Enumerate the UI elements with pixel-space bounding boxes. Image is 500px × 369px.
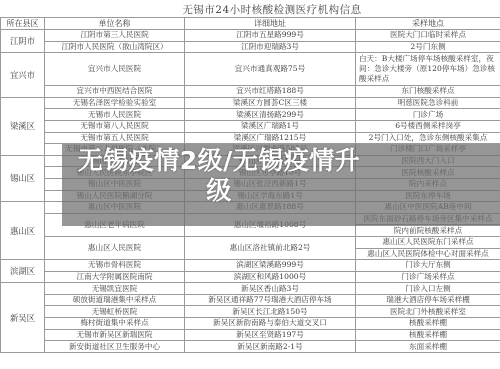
sampling-site: 医院大门口临时采样点 — [356, 30, 500, 42]
unit-address: 新吴区通祥路77号瑞港大酒店停车场 — [185, 294, 356, 306]
district-cell: 梁溪区 — [1, 97, 45, 155]
sampling-site: 院内前院核酸采样点 — [356, 225, 500, 237]
headline-overlay-text: 无锡疫情2级/无锡疫情升级 — [74, 146, 364, 206]
unit-address: 新吴区香山路3号 — [185, 283, 356, 295]
unit-name: 无锡市新吴区新瑞医院 — [45, 329, 185, 341]
header-site: 采样地点 — [356, 18, 500, 30]
sampling-site: 6号楼西侧采样岗亭 — [356, 120, 500, 132]
unit-name: 新安街道社区卫生服务中心 — [45, 341, 185, 353]
table-title: 无锡市24小时核酸检测医疗机构信息 — [44, 3, 500, 17]
unit-address: 新吴区长江北路150号 — [185, 306, 356, 318]
sampling-site: 白天：B大楼广场停车场核酸采样室，夜间：急诊大楼旁（原120停车场）急诊核酸采样… — [356, 53, 500, 86]
sampling-site: 核酸采样棚 — [356, 329, 500, 341]
unit-address: 滨湖区和风路1000号 — [185, 271, 356, 283]
table-row: 梁溪区 无锡名泽医学检验实验室 梁溪区方圆荟C区三楼 明慈医院急诊科前 — [1, 97, 500, 109]
unit-address: 滨湖区梁溪路999号 — [185, 260, 356, 272]
sampling-site: 东门核酸采样点 — [356, 86, 500, 98]
unit-name: 梅村街道集中采样点 — [45, 318, 185, 330]
table-row: 硕放街道瑞港集中采样点 新吴区通祥路77号瑞港大酒店停车场 瑞港大酒店停车场采样… — [1, 294, 500, 306]
table-row: 无锡市第五人民医院 梁溪区广瑞路1215号 2号门入口处，急诊东侧核酸采集点 — [1, 132, 500, 144]
sampling-site: 核酸采样棚 — [356, 318, 500, 330]
sampling-site: 门诊广场采样点 — [356, 271, 500, 283]
sampling-site: 瑞港大酒店停车场采样棚 — [356, 294, 500, 306]
district-cell: 滨湖区 — [1, 260, 45, 283]
table-row: 宜兴市中西医结合医院 宜兴市红塔路188号 东门核酸采样点 — [1, 86, 500, 98]
unit-name: 江南大学附属医院南院 — [45, 271, 185, 283]
table-row: 无锡市人民医院 梁溪区清扬路299号 门诊广场 — [1, 109, 500, 121]
unit-address: 宜兴市通真观路75号 — [185, 53, 356, 86]
unit-address: 梁溪区广瑞路1215号 — [185, 132, 356, 144]
unit-name: 无锡虹桥医院 — [45, 306, 185, 318]
unit-name: 无锡凯宜医院 — [45, 283, 185, 295]
unit-name: 无锡市人民医院 — [45, 109, 185, 121]
table-row: 无锡市第八人民医院 梁溪区广瑞路1号 6号楼西侧采样岗亭 — [1, 120, 500, 132]
table-row: 新安街道社区卫生服务中心 新吴区新南路2-1号 东面采样棚 — [1, 341, 500, 353]
district-cell: 新吴区 — [1, 283, 45, 353]
table-row: 滨湖区 无锡市骨科医院 滨湖区梁溪路999号 门诊大厅东侧 — [1, 260, 500, 272]
unit-address: 梁溪区广瑞路1号 — [185, 120, 356, 132]
unit-address: 梁溪区清扬路299号 — [185, 109, 356, 121]
document-page: 无锡市24小时核酸检测医疗机构信息 所在县区 单位名称 详细地址 采样地点 江阴… — [0, 0, 500, 369]
unit-name: 无锡名泽医学检验实验室 — [45, 97, 185, 109]
unit-name: 江阴市第三人民医院 — [45, 30, 185, 42]
district-cell: 锡山区 — [1, 155, 45, 201]
table-row: 无锡市新吴区新瑞医院 新吴区至贤路197号 核酸采样棚 — [1, 329, 500, 341]
sampling-site: 门诊入口左侧 — [356, 283, 500, 295]
unit-address: 江阴市迎瑞路3号 — [185, 41, 356, 53]
unit-name: 无锡市第五人民医院 — [45, 132, 185, 144]
header-name: 单位名称 — [45, 18, 185, 30]
unit-address: 新吴区新韵南路与泰伯大道交叉口 — [185, 318, 356, 330]
unit-address: 新吴区新南路2-1号 — [185, 341, 356, 353]
unit-name: 宜兴市中西医结合医院 — [45, 86, 185, 98]
unit-address: 宜兴市红塔路188号 — [185, 86, 356, 98]
sampling-site: 2号门入口处，急诊东侧核酸采集点 — [356, 132, 500, 144]
unit-address: 江阴市五星路999号 — [185, 30, 356, 42]
unit-name: 无锡市第八人民医院 — [45, 120, 185, 132]
sampling-site: 医院北门外核酸采样室 — [356, 306, 500, 318]
sampling-site: 惠山区人民医院体检中心对面采样点 — [356, 248, 500, 260]
sampling-site: 明慈医院急诊科前 — [356, 97, 500, 109]
sampling-site: 门诊大厅东侧 — [356, 260, 500, 272]
district-cell: 宜兴市 — [1, 53, 45, 98]
unit-name: 惠山区人民医院 — [45, 236, 185, 259]
table-row: 无锡虹桥医院 新吴区长江北路150号 医院北门外核酸采样室 — [1, 306, 500, 318]
unit-name: 硕放街道瑞港集中采样点 — [45, 294, 185, 306]
sampling-site: 东面采样棚 — [356, 341, 500, 353]
table-row: 新吴区 无锡凯宜医院 新吴区香山路3号 门诊入口左侧 — [1, 283, 500, 295]
unit-address: 新吴区至贤路197号 — [185, 329, 356, 341]
table-row: 宜兴市 宜兴市人民医院 宜兴市通真观路75号 白天：B大楼广场停车场核酸采样室，… — [1, 53, 500, 86]
unit-address: 梁溪区方圆荟C区三楼 — [185, 97, 356, 109]
table-row: 江阴市人民医院（敔山湾院区） 江阴市迎瑞路3号 2号门东侧 — [1, 41, 500, 53]
unit-name: 江阴市人民医院（敔山湾院区） — [45, 41, 185, 53]
sampling-site: 惠山区人民医院东门采样点 — [356, 236, 500, 248]
district-cell: 江阴市 — [1, 30, 45, 53]
district-cell: 惠山区 — [1, 202, 45, 260]
unit-name: 宜兴市人民医院 — [45, 53, 185, 86]
table-header-row: 所在县区 单位名称 详细地址 采样地点 — [1, 18, 500, 30]
unit-name: 无锡市骨科医院 — [45, 260, 185, 272]
table-row: 惠山区人民医院 惠山区洛社镇前北路2号 惠山区人民医院东门采样点 — [1, 236, 500, 248]
unit-address: 惠山区洛社镇前北路2号 — [185, 236, 356, 259]
header-district: 所在县区 — [1, 18, 45, 30]
sampling-site: 门诊广场 — [356, 109, 500, 121]
table-row: 江阴市 江阴市第三人民医院 江阴市五星路999号 医院大门口临时采样点 — [1, 30, 500, 42]
table-row: 梅村街道集中采样点 新吴区新韵南路与泰伯大道交叉口 核酸采样棚 — [1, 318, 500, 330]
table-row: 江南大学附属医院南院 滨湖区和风路1000号 门诊广场采样点 — [1, 271, 500, 283]
sampling-site: 2号门东侧 — [356, 41, 500, 53]
header-address: 详细地址 — [185, 18, 356, 30]
